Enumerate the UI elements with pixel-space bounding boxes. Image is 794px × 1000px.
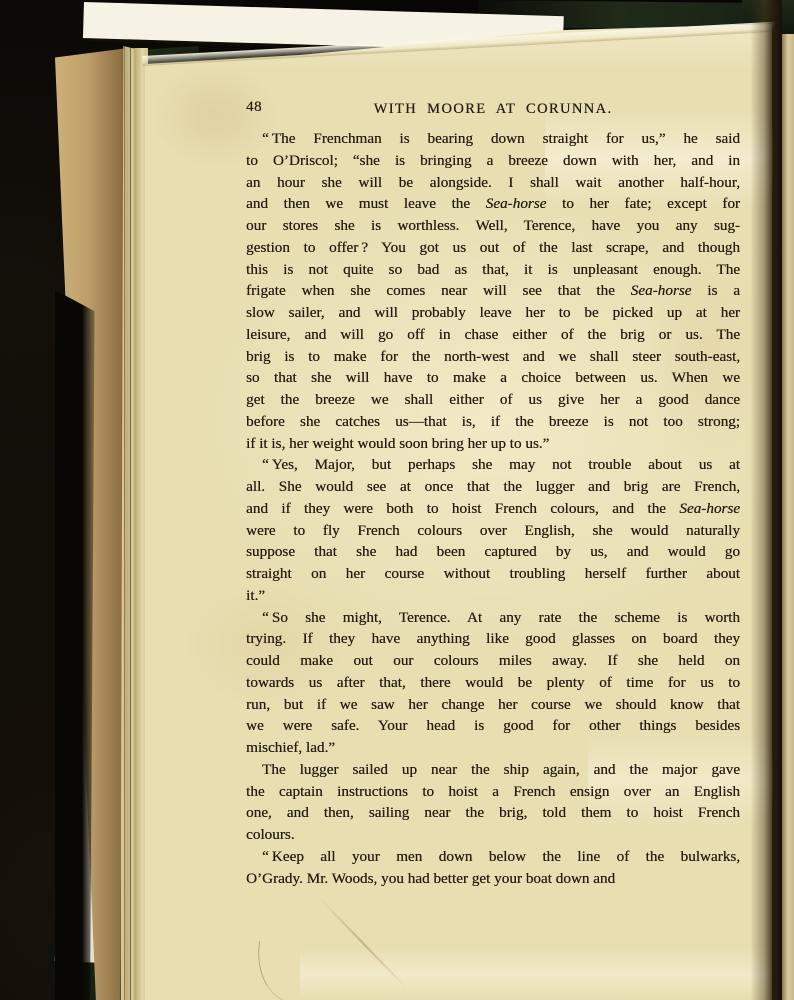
text-line: our stores she is worthless. Well, Teren… — [246, 215, 740, 237]
text-line: get the breeze we shall either of us giv… — [246, 389, 740, 411]
running-title: WITH MOORE AT CORUNNA. — [374, 101, 613, 117]
text-line: trying. If they have anything like good … — [246, 628, 740, 650]
text-line: straight on her course without troubling… — [246, 563, 740, 585]
text-line: run, but if we saw her change her course… — [246, 694, 740, 716]
text-line: gestion to offer ? You got us out of the… — [246, 237, 740, 259]
text-line: The lugger sailed up near the ship again… — [246, 759, 740, 781]
text-line: “ So she might, Terence. At any rate the… — [246, 607, 740, 629]
text-line: could make out our colours miles away. I… — [246, 650, 740, 672]
book-cover-cloth-right — [782, 0, 794, 34]
text-line: and then we must leave the Sea-horse to … — [246, 193, 740, 215]
text-line: frigate when she comes near will see tha… — [246, 280, 740, 302]
text-line: brig is to make for the north-west and w… — [246, 346, 740, 368]
text-line: suppose that she had been captured by us… — [246, 541, 740, 563]
text-line: mischief, lad.” — [246, 737, 740, 759]
text-line: “ Yes, Major, but perhaps she may not tr… — [246, 454, 740, 476]
text-line: one, and then, sailing near the brig, to… — [246, 802, 740, 824]
page-header: WITH MOORE AT CORUNNA. — [246, 100, 740, 118]
text-line: to O’Driscol; “she is bringing a breeze … — [246, 150, 740, 172]
text-line: this is not quite so bad as that, it is … — [246, 259, 740, 281]
text-line: if it is, her weight would soon bring he… — [246, 433, 740, 455]
text-line: an hour she will be alongside. I shall w… — [246, 172, 740, 194]
text-line: slow sailer, and will probably leave her… — [246, 302, 740, 324]
text-line: were to fly French colours over English,… — [246, 520, 740, 542]
text-line: “ Keep all your men down below the line … — [246, 846, 740, 868]
light-streak — [300, 948, 772, 1000]
text-line: it.” — [246, 585, 740, 607]
text-line: colours. — [246, 824, 740, 846]
text-line: leisure, and will go off in chase either… — [246, 324, 740, 346]
text-line: towards us after that, there would be pl… — [246, 672, 740, 694]
page-gutter-shadow — [750, 0, 782, 1000]
text-line: “ The Frenchman is bearing down straight… — [246, 128, 740, 150]
text-line: and if they were both to hoist French co… — [246, 498, 740, 520]
page-text: “ The Frenchman is bearing down straight… — [246, 128, 740, 889]
text-line: before she catches us—that is, if the br… — [246, 411, 740, 433]
text-line: all. She would see at once that the lugg… — [246, 476, 740, 498]
book-scan-photo: 48 WITH MOORE AT CORUNNA. “ The Frenchma… — [0, 0, 794, 1000]
text-line: so that she will have to make a choice b… — [246, 367, 740, 389]
text-line: we were safe. Your head is good for othe… — [246, 715, 740, 737]
text-line: O’Grady. Mr. Woods, you had better get y… — [246, 868, 740, 890]
adjacent-page-edge — [782, 0, 794, 1000]
text-line: the captain instructions to hoist a Fren… — [246, 781, 740, 803]
